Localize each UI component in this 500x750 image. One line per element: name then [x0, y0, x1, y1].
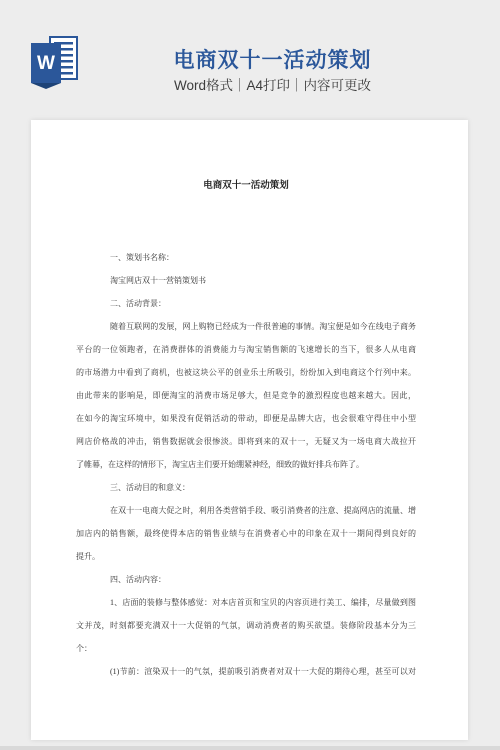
doc-line: 个：	[76, 637, 416, 660]
doc-line: 了帷幕，在这样的情形下，淘宝店主们要开始绷紧神经，细致的做好排兵布阵了。	[76, 453, 416, 476]
doc-line: 由此带来的影响是，即便淘宝的消费市场足够大，但是竞争的激烈程度也越来越大。因此，	[76, 384, 416, 407]
bottom-strip	[0, 746, 500, 750]
doc-line: 网店价格战的冲击，销售数据就会很惨淡。即将到来的双十一，无疑又为一场电商大战拉开	[76, 430, 416, 453]
doc-line: 在双十一电商大促之时，利用各类营销手段、吸引消费者的注意、提高网店的流量、增	[76, 499, 416, 522]
doc-line: 加店内的销售额，最终使得本店的销售业绩与在消费者心中的印象在双十一期间得到良好的	[76, 522, 416, 545]
doc-line: 在如今的淘宝环境中，如果没有促销活动的带动，即便是品牌大店，也会很难守得住中小型	[76, 407, 416, 430]
doc-line: 1、店面的装修与整体感觉：对本店首页和宝贝的内容页进行美工、编排，尽量做到图	[76, 591, 416, 614]
page-title: 电商双十一活动策划	[0, 44, 500, 74]
document-page: 电商双十一活动策划 一、策划书名称：淘宝网店双十一营销策划书二、活动背景：随着互…	[31, 120, 468, 740]
doc-line: 二、活动背景：	[76, 292, 416, 315]
doc-line: 提升。	[76, 545, 416, 568]
doc-line: 四、活动内容：	[76, 568, 416, 591]
doc-line: 淘宝网店双十一营销策划书	[76, 269, 416, 292]
page-subtitle: Word格式｜A4打印｜内容可更改	[0, 74, 500, 94]
doc-line: 的市场潜力中看到了商机，也被这块公平的创业乐土所吸引，纷纷加入到电商这个行列中来…	[76, 361, 416, 384]
doc-line: (1)节前：渲染双十一的气氛，提前吸引消费者对双十一大促的期待心理，甚至可以对	[76, 660, 416, 683]
doc-line: 平台的一位领跑者，在消费群体的消费能力与淘宝销售额的飞速增长的当下，很多人从电商	[76, 338, 416, 361]
doc-line: 一、策划书名称：	[76, 246, 416, 269]
doc-line: 三、活动目的和意义：	[76, 476, 416, 499]
document-body: 一、策划书名称：淘宝网店双十一营销策划书二、活动背景：随着互联网的发展，网上购物…	[76, 246, 416, 683]
doc-line: 随着互联网的发展，网上购物已经成为一件很普遍的事情。淘宝便是如今在线电子商务	[76, 315, 416, 338]
doc-line: 文并茂，时刻都要充满双十一大促销的气氛，调动消费者的购买欲望。装修阶段基本分为三	[76, 614, 416, 637]
header: W 电商双十一活动策划 Word格式｜A4打印｜内容可更改	[0, 0, 500, 120]
document-title: 电商双十一活动策划	[76, 178, 416, 194]
